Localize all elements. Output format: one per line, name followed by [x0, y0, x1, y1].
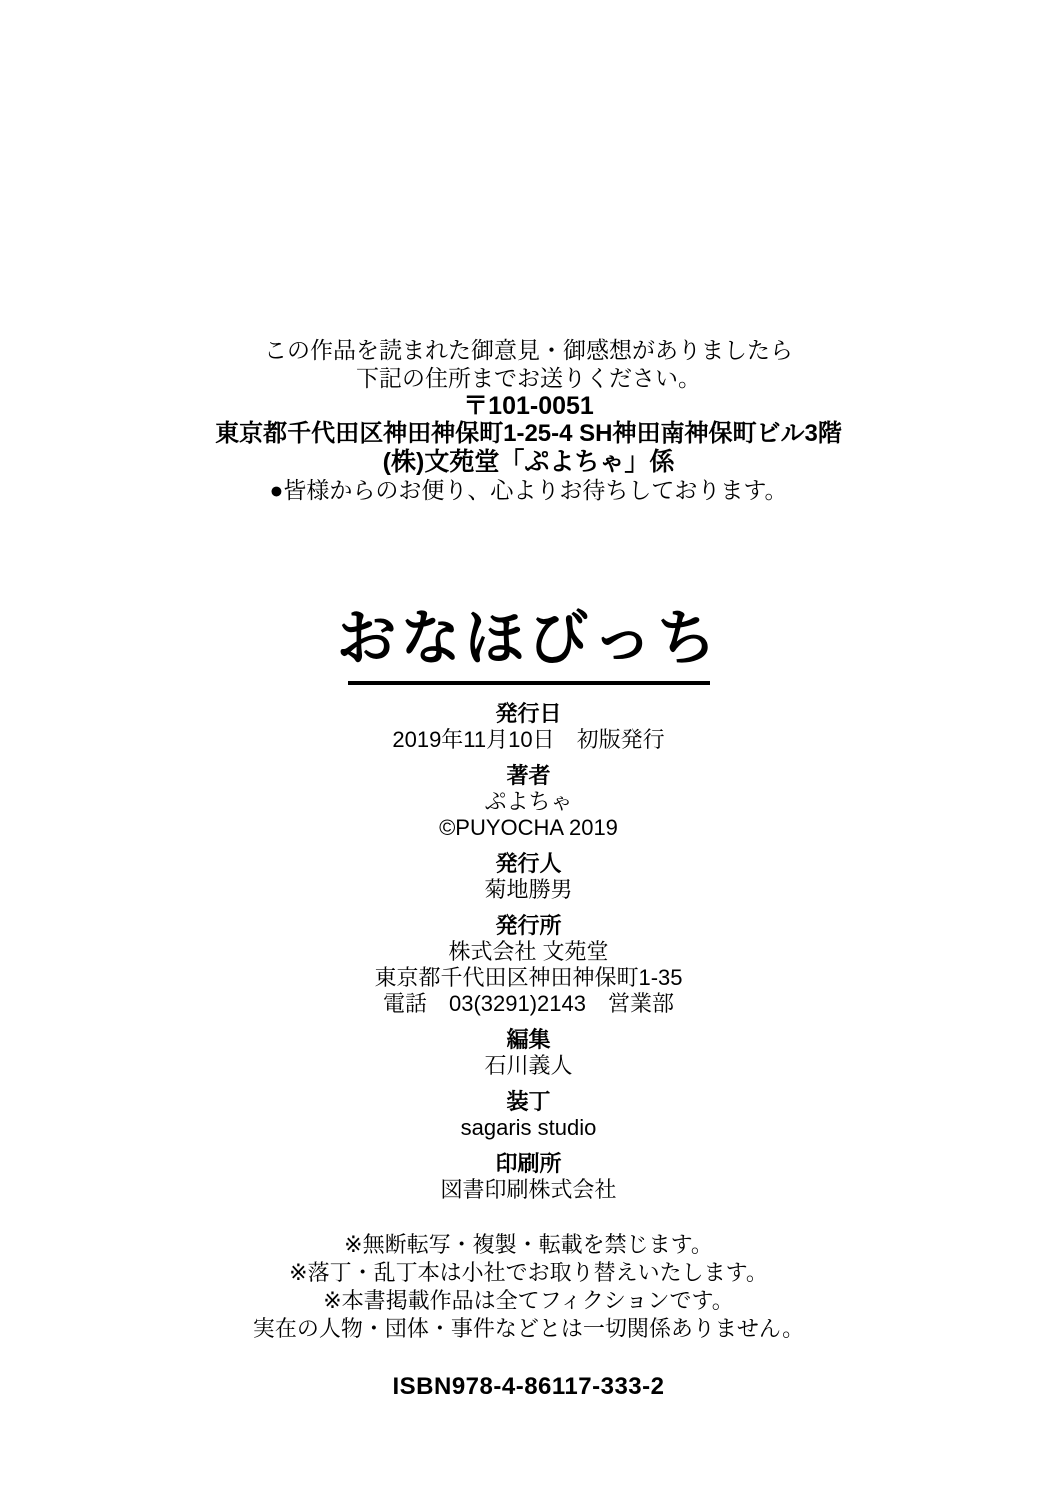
entry-publisher-person: 発行人 菊地勝男	[0, 850, 1057, 903]
design-name: sagaris studio	[0, 1115, 1057, 1141]
publisher-person-label: 発行人	[0, 850, 1057, 877]
note-no-reproduction: ※無断転写・複製・転載を禁じます。	[0, 1231, 1057, 1259]
entry-design: 装丁 sagaris studio	[0, 1088, 1057, 1141]
author-copyright: ©PUYOCHA 2019	[0, 815, 1057, 841]
legal-notes: ※無断転写・複製・転載を禁じます。 ※落丁・乱丁本は小社でお取り替えいたします。…	[0, 1231, 1057, 1343]
feedback-notice: この作品を読まれた御意見・御感想がありましたら 下記の住所までお送りください。 …	[0, 0, 1057, 504]
colophon-details: 発行日 2019年11月10日 初版発行 著者 ぷよちゃ ©PUYOCHA 20…	[0, 700, 1057, 1203]
publisher-address: 東京都千代田区神田神保町1-35	[0, 965, 1057, 991]
printer-label: 印刷所	[0, 1150, 1057, 1177]
editor-label: 編集	[0, 1026, 1057, 1053]
entry-printer: 印刷所 図書印刷株式会社	[0, 1150, 1057, 1203]
entry-publish-date: 発行日 2019年11月10日 初版発行	[0, 700, 1057, 753]
editor-name: 石川義人	[0, 1053, 1057, 1079]
printer-name: 図書印刷株式会社	[0, 1177, 1057, 1203]
feedback-recipient: (株)文苑堂「ぷよちゃ」係	[0, 448, 1057, 476]
feedback-closing: ●皆様からのお便り、心よりお待ちしております。	[0, 476, 1057, 504]
postal-code: 〒101-0051	[0, 392, 1057, 420]
note-defective-copy: ※落丁・乱丁本は小社でお取り替えいたします。	[0, 1259, 1057, 1287]
publisher-name: 株式会社 文苑堂	[0, 939, 1057, 965]
publisher-label: 発行所	[0, 912, 1057, 939]
publisher-phone: 電話 03(3291)2143 営業部	[0, 991, 1057, 1017]
feedback-line-1: この作品を読まれた御意見・御感想がありましたら	[0, 336, 1057, 364]
note-fiction: ※本書掲載作品は全てフィクションです。	[0, 1287, 1057, 1315]
author-name: ぷよちゃ	[0, 789, 1057, 815]
entry-author: 著者 ぷよちゃ ©PUYOCHA 2019	[0, 762, 1057, 841]
book-title: おなほびっち	[0, 604, 1057, 674]
publish-date-value: 2019年11月10日 初版発行	[0, 727, 1057, 753]
feedback-line-2: 下記の住所までお送りください。	[0, 364, 1057, 392]
title-underline	[348, 681, 710, 685]
publisher-person-name: 菊地勝男	[0, 877, 1057, 903]
feedback-address: 東京都千代田区神田神保町1-25-4 SH神田南神保町ビル3階	[0, 420, 1057, 448]
author-label: 著者	[0, 762, 1057, 789]
design-label: 装丁	[0, 1088, 1057, 1115]
entry-editor: 編集 石川義人	[0, 1026, 1057, 1079]
isbn: ISBN978-4-86117-333-2	[0, 1373, 1057, 1401]
publish-date-label: 発行日	[0, 700, 1057, 727]
note-fiction-cont: 実在の人物・団体・事件などとは一切関係ありません。	[0, 1315, 1057, 1343]
entry-publisher: 発行所 株式会社 文苑堂 東京都千代田区神田神保町1-35 電話 03(3291…	[0, 912, 1057, 1017]
colophon-page: この作品を読まれた御意見・御感想がありましたら 下記の住所までお送りください。 …	[0, 0, 1057, 1500]
